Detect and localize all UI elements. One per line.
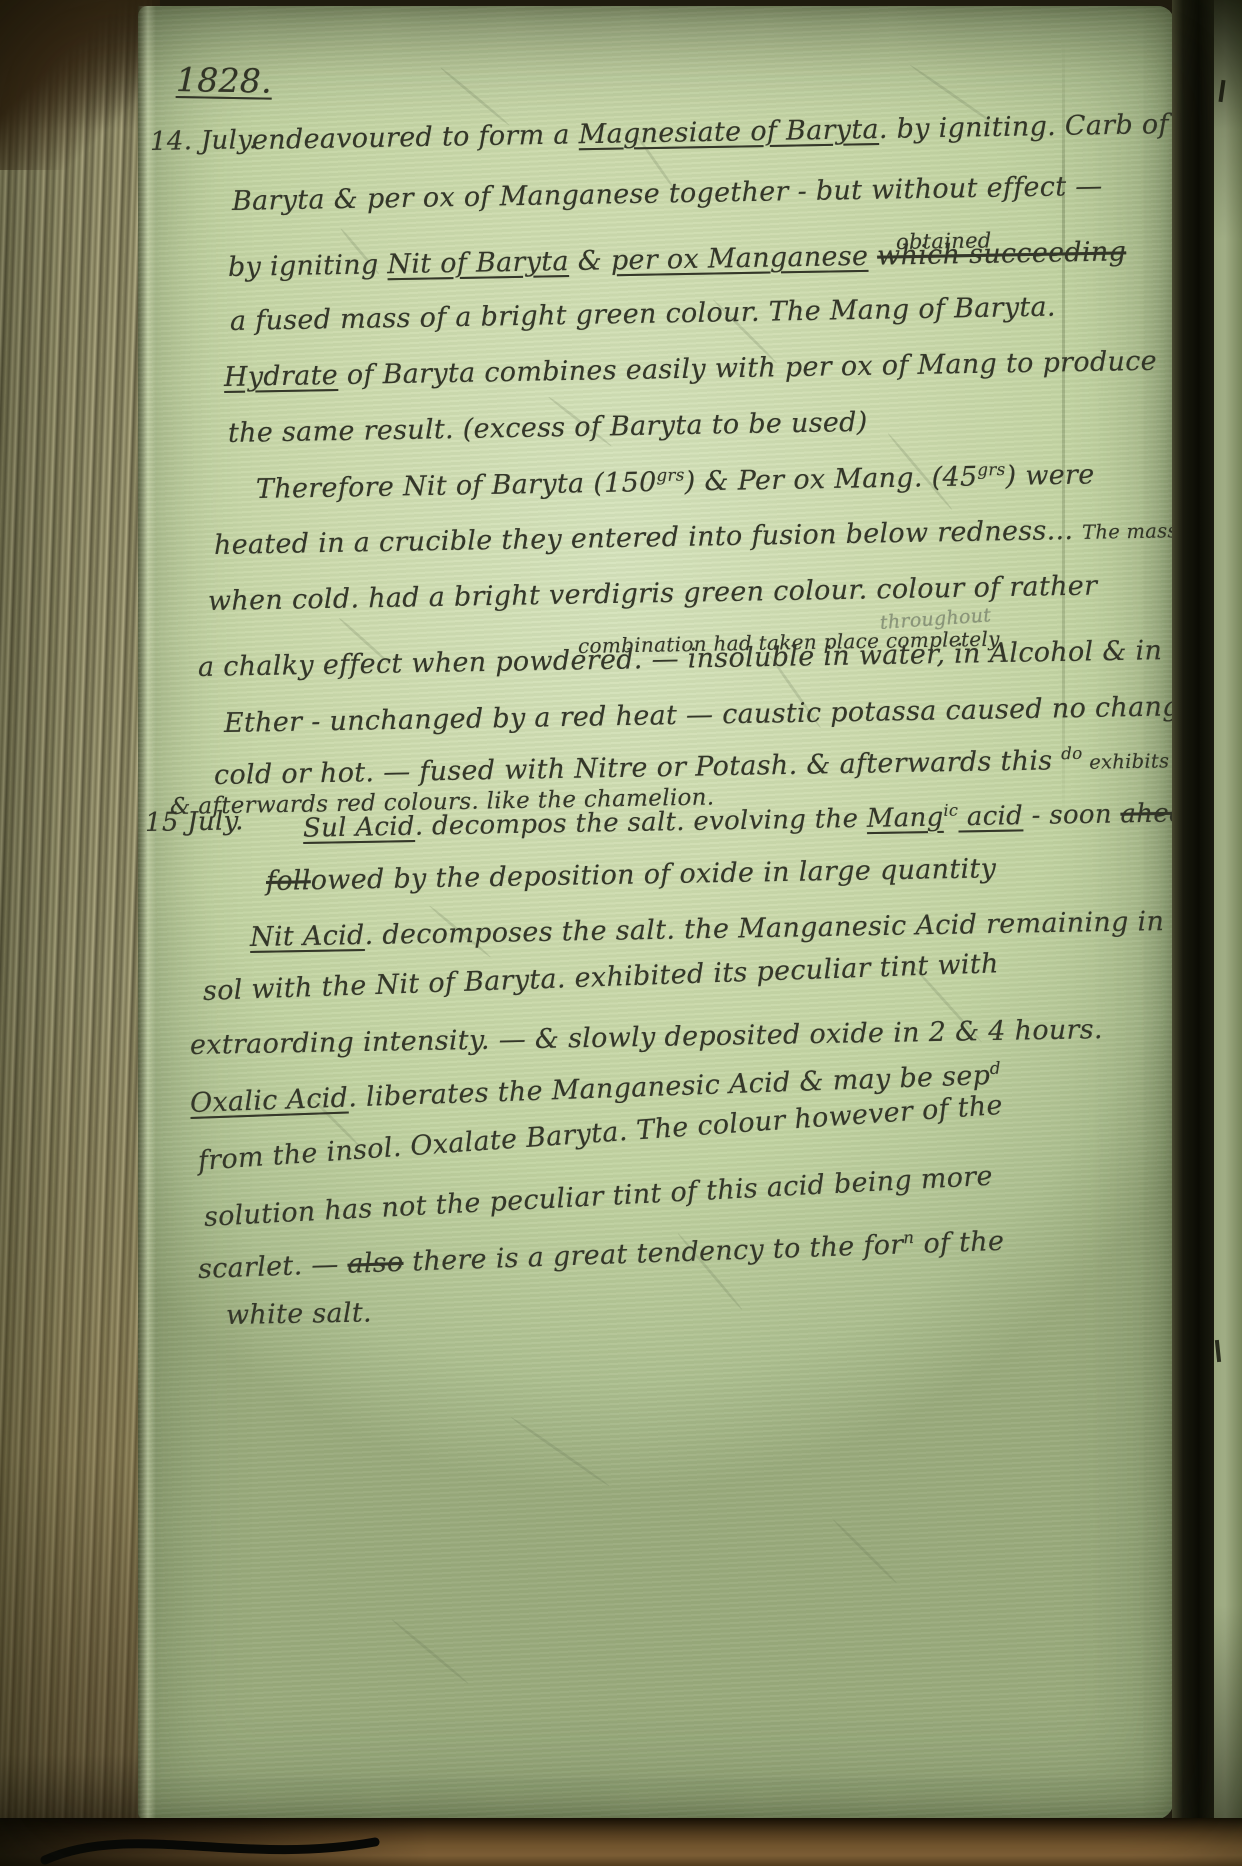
dark-object — [40, 1808, 380, 1866]
text-segment: d — [989, 1058, 1001, 1078]
text-segment: & — [569, 245, 612, 277]
text-segment: Hydrate — [224, 360, 339, 393]
text-segment: do — [1061, 743, 1083, 763]
text-segment: grs — [656, 465, 685, 485]
text-segment: which succeeding — [877, 236, 1127, 271]
text-segment: foll — [266, 865, 311, 897]
text-segment: The mass — [1082, 519, 1178, 544]
text-segment: Sul Acid — [303, 812, 415, 844]
adjacent-page-edge-shading — [1214, 0, 1242, 1866]
text-segment: per ox Manganese — [611, 241, 869, 276]
text-segment: ic — [943, 801, 958, 820]
notebook-photo: 1828. 14. July. 15 July. endeavoured to … — [0, 0, 1242, 1866]
entry-date-14-july: 14. July. — [150, 125, 258, 157]
text-segment: grs — [977, 459, 1006, 479]
manuscript-line: white salt. — [226, 1297, 372, 1331]
text-segment: Mang — [867, 802, 944, 833]
text-segment: scarlet. — — [197, 1249, 347, 1285]
text-segment: Magnesiate of Baryta — [578, 114, 879, 150]
text-segment: endeavoured to form a — [252, 119, 579, 156]
text-segment: also — [347, 1247, 404, 1280]
text-segment: Oxalic Acid — [189, 1082, 348, 1119]
text-segment: ) & Per ox Mang. (45 — [684, 461, 977, 497]
text-segment: white salt. — [226, 1297, 372, 1331]
book-page-stack — [0, 0, 152, 1866]
text-segment: Nit of Baryta — [387, 246, 569, 280]
text-segment: Nit Acid — [250, 920, 365, 953]
text-segment: . by igniting. Carb of — [879, 109, 1169, 145]
year-heading: 1828. — [176, 60, 273, 101]
page-gutter-shadow — [1172, 0, 1216, 1866]
text-segment: by igniting — [228, 249, 388, 283]
text-segment: ) were — [1005, 459, 1094, 492]
text-segment: of the — [914, 1226, 1005, 1260]
text-segment: n — [903, 1227, 915, 1247]
wood-corner-top-left — [0, 0, 160, 170]
text-segment: - soon — [1023, 799, 1121, 831]
text-segment: acid — [958, 801, 1023, 832]
